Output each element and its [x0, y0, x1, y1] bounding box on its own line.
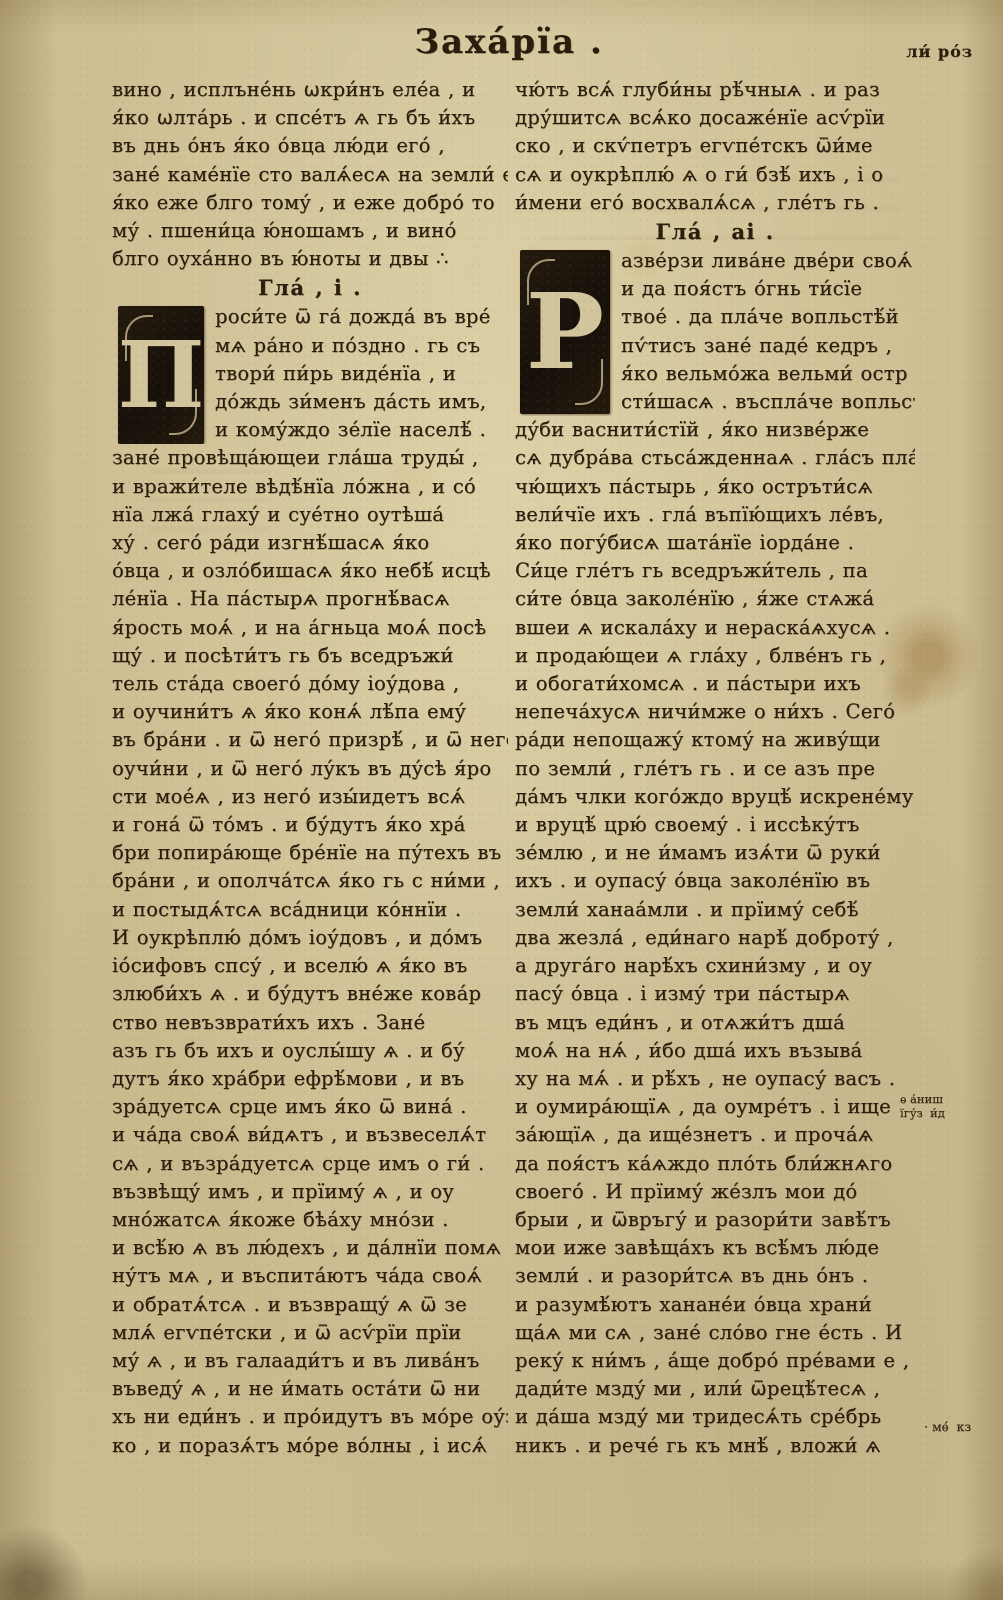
folio-number: ли́ ро́з [906, 42, 973, 61]
initial-letter: П [118, 329, 205, 421]
text-block: зане́ провѣща́ющеи гла́ша труды́ , и вра… [112, 444, 508, 1459]
text-block: ду́би васнити́стїй , я́ко низве́рже сѧ д… [515, 416, 915, 1460]
right-text-column: чю́тъ всѧ́ глуби́ны рѣ́чныѧ . и раз дру́… [515, 76, 915, 1476]
text-block: чю́тъ всѧ́ глуби́ны рѣ́чныѧ . и раз дру́… [515, 76, 915, 217]
chapter-opening: П роси́те ѿ га́ дожда́ въ вре́ мѧ ра́но … [112, 303, 508, 444]
chapter-heading: Гла́ , і . [112, 273, 508, 303]
text-block: вино , исплъне́нь ѡкри́нъ еле́а , и я́ко… [112, 76, 508, 273]
margin-note: · мѳ́ кз [924, 1420, 971, 1434]
book-page-scan: Заха́рїа . ли́ ро́з вино , исплъне́нь ѡк… [0, 0, 1003, 1600]
chapter-heading: Гла́ , аі . [515, 217, 915, 247]
running-title: Заха́рїа . [414, 22, 603, 62]
chapter-opening: Р азве́рзи лива́не две́ри своѧ́ , и да п… [515, 247, 915, 416]
woodcut-drop-cap: Р [520, 250, 610, 414]
initial-letter: Р [526, 280, 604, 384]
woodcut-drop-cap: П [118, 306, 204, 444]
left-text-column: вино , исплъне́нь ѡкри́нъ еле́а , и я́ко… [112, 76, 508, 1476]
margin-note: ѳ а́ниш їгу́з и́д [900, 1092, 1002, 1120]
